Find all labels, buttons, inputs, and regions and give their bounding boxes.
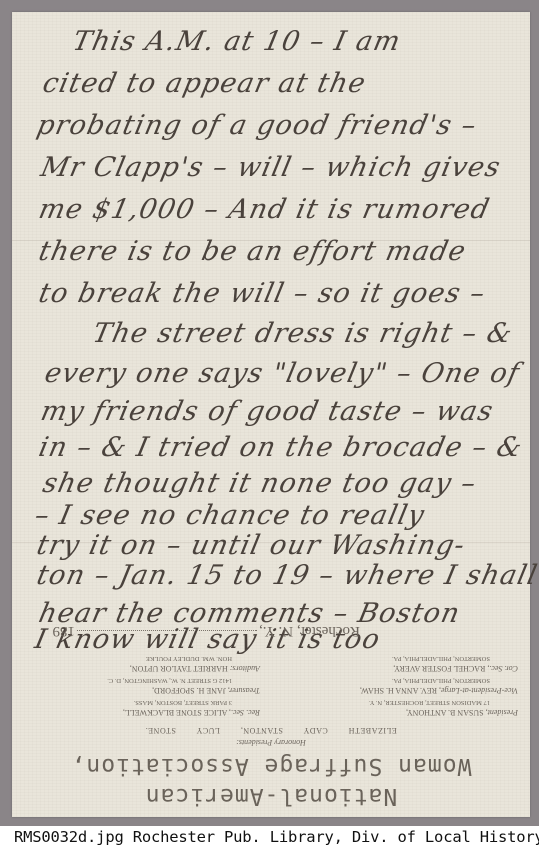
letterhead-title-line2: Woman Suffrage Association, [12,753,530,779]
letterhead-title-line1: National-American [12,783,530,809]
handwriting-line-14: try it on – until our Washing- [34,530,468,561]
officer-address: SOMERTON, PHILADELPHIA, PA. [360,675,518,685]
officer-name: HARRIET TAYLOR UPTON, [130,664,228,673]
officer-role: Treasurer, [228,686,260,695]
handwriting-line-13: – I see no chance to really [32,500,428,531]
handwriting-line-10: my friends of good taste – was [38,396,497,427]
honorary-presidents-names: ELIZABETH CADY STANTON, LUCY STONE. [12,726,530,735]
officer-entry: Cor. Sec., RACHEL FOSTER AVERY, SOMERTON… [360,653,518,673]
handwriting-line-5: me $1,000 – And it is rumored [36,194,493,225]
officer-name: REV. ANNA H. SHAW, [360,686,437,695]
handwriting-line-8: The street dress is right – & [90,318,516,349]
officer-role: President, [486,708,518,717]
officer-entry: Auditors: HARRIET TAYLOR UPTON, HON. WM.… [107,653,260,673]
place-label: Rochester, N. Y., [259,623,360,639]
handwriting-line-11: in – & I tried on the brocade – & [36,432,526,463]
handwriting-line-15: ton – Jan. 15 to 19 – where I shall [34,560,539,591]
officer-entry: Treasurer, JANE H. SPOFFORD, 1412 G STRE… [107,675,260,695]
officer-role: Rec. Sec., [229,708,260,717]
handwriting-line-7: to break the will – so it goes – [36,278,489,309]
officer-entry: Rec. Sec., ALICE STONE BLACKWELL, 3 PARK… [107,697,260,717]
officers-right-column: Rec. Sec., ALICE STONE BLACKWELL, 3 PARK… [107,651,260,717]
handwriting-line-4: Mr Clapp's – will – which gives [38,152,504,183]
officer-name: RACHEL FOSTER AVERY, [393,664,485,673]
officer-address: SOMERTON, PHILADELPHIA, PA. [360,653,518,663]
officer-address: 3 PARK STREET, BOSTON, MASS. [107,697,260,707]
officer-entry: President, SUSAN B. ANTHONY, 17 MADISON … [360,697,518,717]
officer-entry: Vice-President-at-Large, REV. ANNA H. SH… [360,675,518,695]
officer-role: Auditors: [230,664,260,673]
handwriting-line-2: cited to appear at the [40,68,369,99]
handwriting-line-9: every one says "lovely" – One of [42,358,523,389]
scan-frame: This A.M. at 10 – I am cited to appear a… [0,0,539,826]
officer-role: Cor. Sec., [487,664,518,673]
handwriting-line-12: she thought it none too gay – [40,468,480,499]
date-blank-dots [77,630,257,631]
officer-name: JANE H. SPOFFORD, [152,686,226,695]
officer-name: ALICE STONE BLACKWELL, [123,708,228,717]
handwriting-line-3: probating of a good friend's – [34,110,480,141]
officer-address: 1412 G STREET N. W., WASHINGTON, D. C. [107,675,260,685]
officer-address: HON. WM. DUDLEY FOULKE [107,653,260,663]
officer-role: Vice-President-at-Large, [439,686,518,695]
letter-page: This A.M. at 10 – I am cited to appear a… [12,12,530,817]
officer-address: 17 MADISON STREET, ROCHESTER, N. Y. [360,697,518,707]
officer-name: SUSAN B. ANTHONY, [406,708,484,717]
officers-left-column: President, SUSAN B. ANTHONY, 17 MADISON … [360,651,518,717]
year-prefix: 189 [52,623,75,639]
handwriting-line-1: This A.M. at 10 – I am [70,26,404,57]
handwriting-line-6: there is to be an effort made [36,236,469,267]
image-caption: RMS0032d.jpg Rochester Pub. Library, Div… [0,826,539,848]
letterhead: National-American Woman Suffrage Associa… [12,607,530,817]
letterhead-date-line: Rochester, N. Y.,189 [30,622,360,639]
honorary-presidents-label: Honorary Presidents: [12,738,530,747]
